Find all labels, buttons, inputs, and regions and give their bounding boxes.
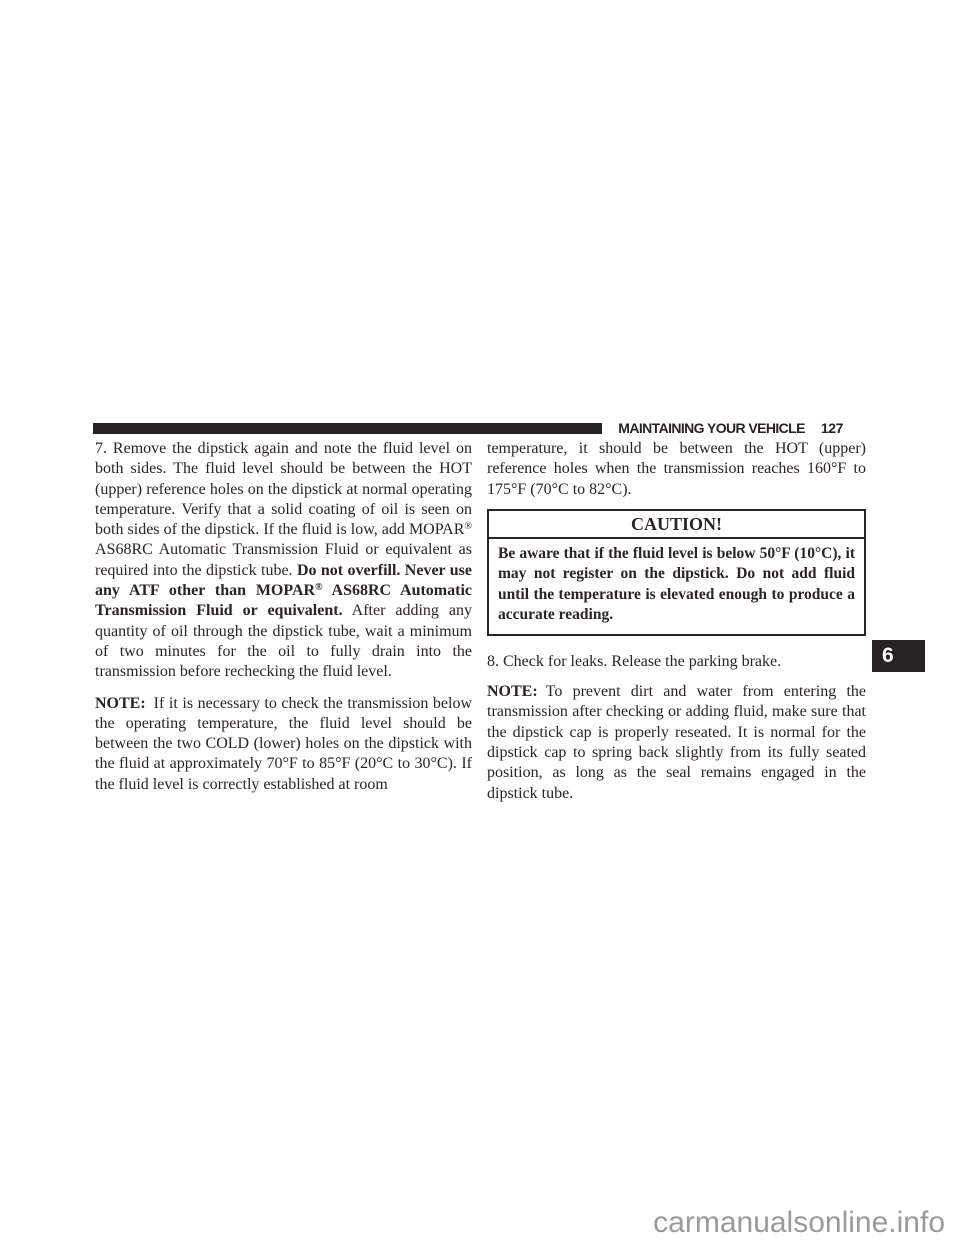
page-header: MAINTAINING YOUR VEHICLE 127 [93, 420, 843, 436]
left-note-paragraph: NOTE: If it is necessary to check the tr… [95, 694, 472, 795]
header-title: MAINTAINING YOUR VEHICLE [618, 420, 805, 436]
step-7-paragraph: 7. Remove the dipstick again and note th… [95, 439, 472, 683]
right-column: temperature, it should be between the HO… [487, 439, 866, 815]
step-8-paragraph: 8. Check for leaks. Release the parking … [487, 652, 866, 672]
header-rule-bar [93, 423, 602, 434]
watermark: carmanualsonline.info [653, 1206, 945, 1240]
chapter-tab: 6 [872, 640, 925, 672]
intro-paragraph: temperature, it should be between the HO… [487, 439, 866, 500]
header-page-number: 127 [821, 420, 843, 436]
caution-box: CAUTION! Be aware that if the fluid leve… [487, 509, 866, 636]
left-column: 7. Remove the dipstick again and note th… [95, 439, 472, 806]
caution-title: CAUTION! [489, 511, 864, 539]
manual-page: MAINTAINING YOUR VEHICLE 127 7. Remove t… [0, 0, 960, 1242]
right-note-paragraph: NOTE: To prevent dirt and water from ent… [487, 682, 866, 804]
caution-body: Be aware that if the fluid level is belo… [489, 539, 864, 634]
chapter-tab-number: 6 [882, 644, 894, 668]
